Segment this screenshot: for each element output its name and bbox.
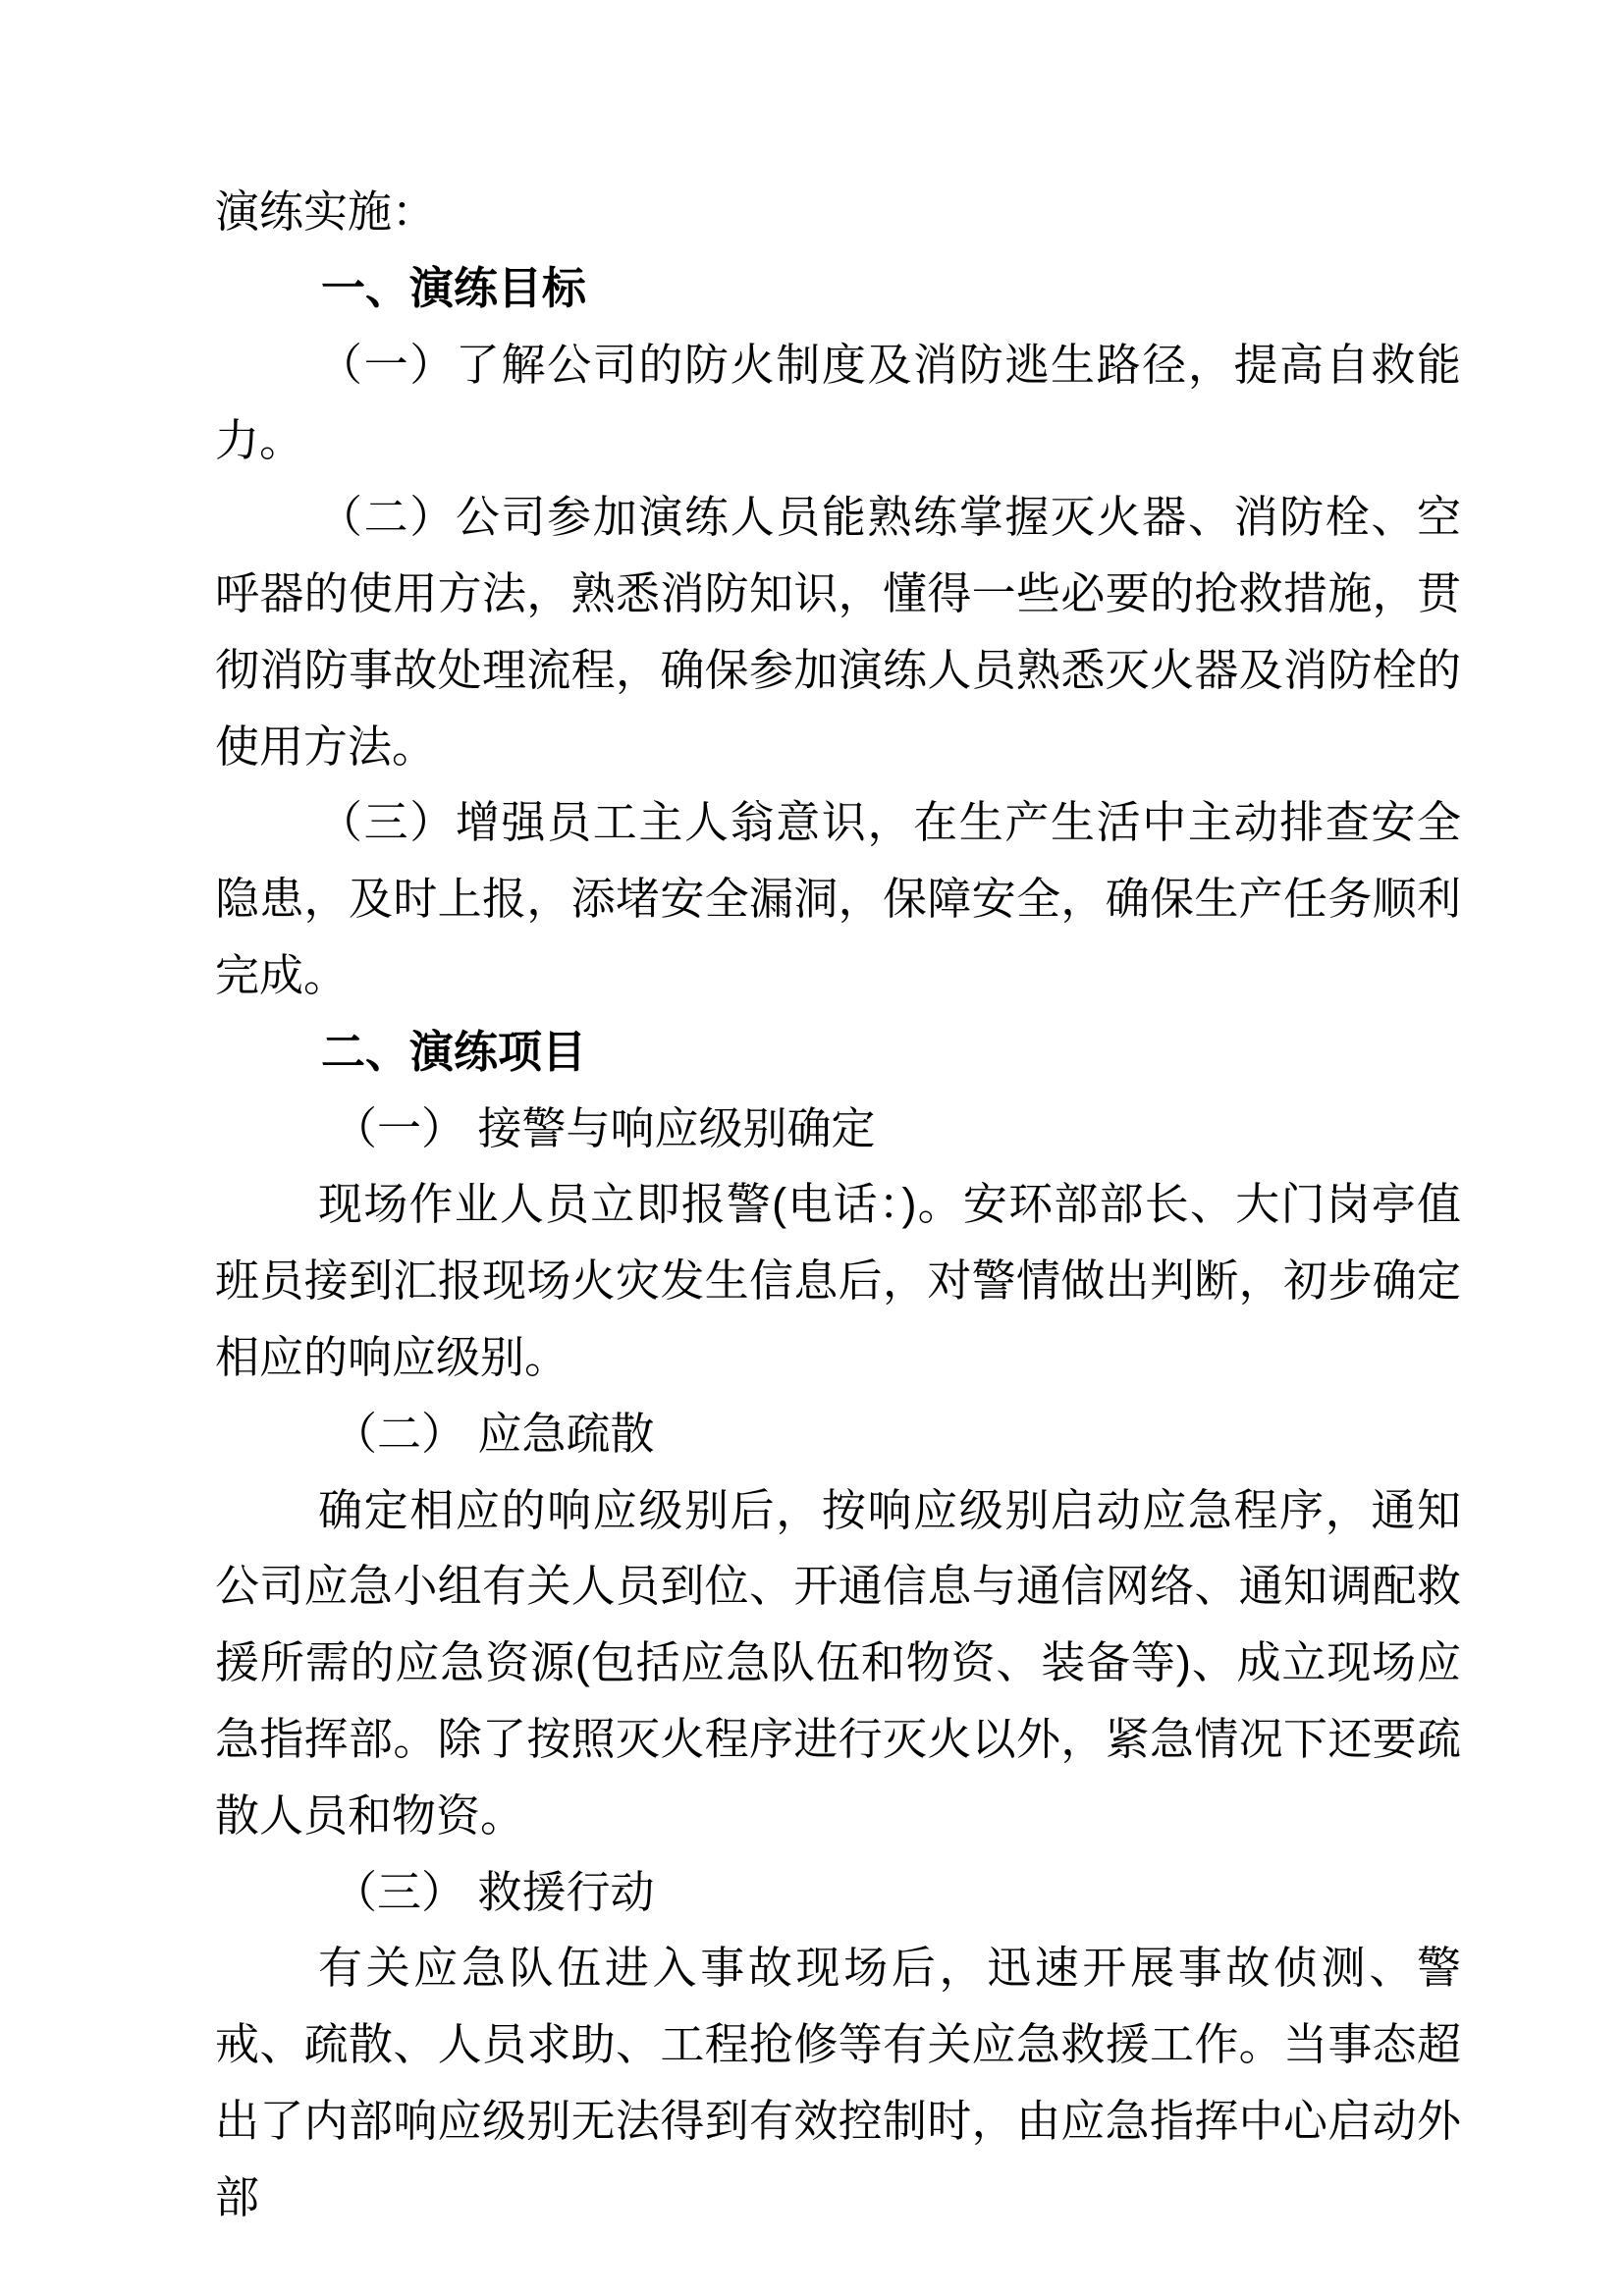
subheading-item-1: （一） 接警与响应级别确定: [215, 1091, 1461, 1167]
subheading-item-3: （三） 救援行动: [215, 1854, 1461, 1931]
para-alarm-response: 现场作业人员立即报警(电话：)。安环部部长、大门岗亭值班员接到汇报现场火灾发生信…: [215, 1166, 1461, 1395]
para-rescue: 有关应急队伍进入事故现场后，迅速开展事故侦测、警戒、疏散、人员求助、工程抢修等有…: [215, 1930, 1461, 2235]
para-objective-1: （一）了解公司的防火制度及消防逃生路径，提高自救能力。: [215, 327, 1461, 480]
subheading-item-2: （二） 应急疏散: [215, 1396, 1461, 1472]
intro-line: 演练实施：: [215, 174, 1461, 250]
document-page: 演练实施： 一、演练目标 （一）了解公司的防火制度及消防逃生路径，提高自救能力。…: [0, 0, 1624, 2296]
para-objective-3: （三）增强员工主人翁意识，在生产生活中主动排查安全隐患，及时上报，添堵安全漏洞，…: [215, 784, 1461, 1013]
para-objective-2: （二）公司参加演练人员能熟练掌握灭火器、消防栓、空呼器的使用方法，熟悉消防知识，…: [215, 479, 1461, 784]
para-evacuation: 确定相应的响应级别后，按响应级别启动应急程序，通知公司应急小组有关人员到位、开通…: [215, 1472, 1461, 1854]
section-1-heading: 一、演练目标: [215, 250, 1461, 327]
section-2-heading: 二、演练项目: [215, 1014, 1461, 1091]
